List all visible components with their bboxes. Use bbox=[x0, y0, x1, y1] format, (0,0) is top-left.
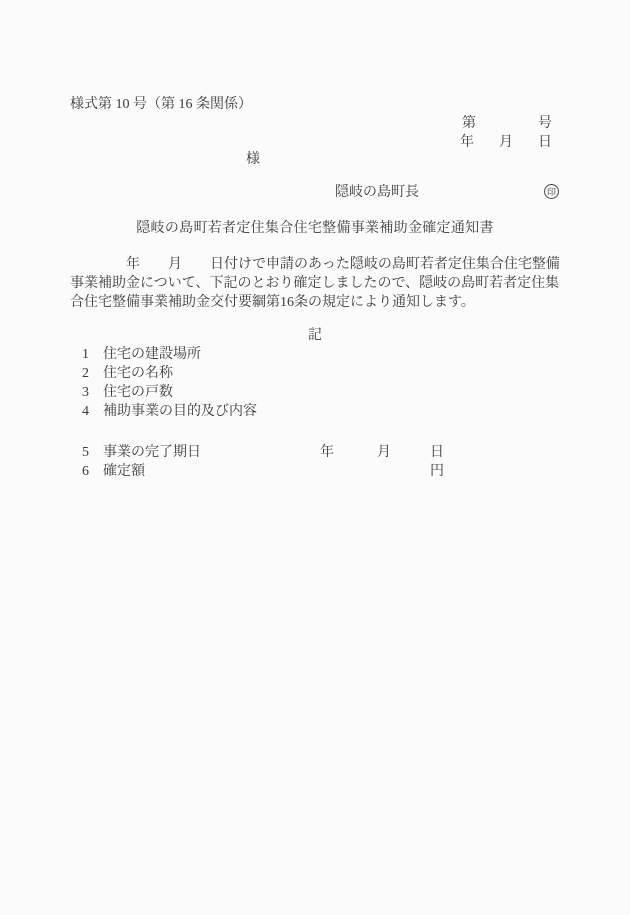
issuer-line: 隠岐の島町長 印 bbox=[0, 183, 630, 202]
year-unit-label: 年 bbox=[320, 443, 334, 462]
body-line: 合住宅整備事業補助金交付要綱第16条の規定により通知します。 bbox=[70, 293, 570, 312]
body-line: 年 月 日付けで申請のあった隠岐の島町若者定住集合住宅整備 bbox=[70, 255, 570, 274]
item-label: 住宅の名称 bbox=[103, 364, 173, 383]
month-unit-label: 月 bbox=[377, 443, 391, 462]
item-number: 4 bbox=[82, 402, 89, 421]
date-month-label: 月 bbox=[499, 133, 513, 152]
seal-mark: 印 bbox=[544, 184, 559, 199]
item-number: 1 bbox=[82, 345, 89, 364]
date-line: 年 月 日 bbox=[460, 133, 552, 152]
list-item: 2 住宅の名称 bbox=[0, 364, 630, 383]
addressee-honorific: 様 bbox=[246, 150, 260, 169]
list-item: 6 確定額 円 bbox=[0, 462, 630, 481]
form-number: 様式第 10 号（第 16 条関係） bbox=[70, 95, 252, 114]
issuer-name: 隠岐の島町長 bbox=[335, 183, 419, 202]
body-paragraph: 年 月 日付けで申請のあった隠岐の島町若者定住集合住宅整備 事業補助金について、… bbox=[70, 255, 570, 312]
document-number-prefix: 第 bbox=[462, 114, 476, 133]
item-number: 2 bbox=[82, 364, 89, 383]
document-number-line: 第 号 bbox=[462, 114, 552, 133]
item-label: 確定額 bbox=[103, 462, 145, 481]
item-label: 住宅の建設場所 bbox=[103, 345, 201, 364]
list-item: 4 補助事業の目的及び内容 bbox=[0, 402, 630, 421]
body-line: 事業補助金について、下記のとおり確定しましたので、隠岐の島町若者定住集 bbox=[70, 274, 570, 293]
item-number: 6 bbox=[82, 462, 89, 481]
list-item: 5 事業の完了期日 年 月 日 bbox=[0, 443, 630, 462]
date-year-label: 年 bbox=[460, 133, 474, 152]
item-label: 補助事業の目的及び内容 bbox=[103, 402, 257, 421]
list-heading: 記 bbox=[0, 326, 630, 345]
document-page: 様式第 10 号（第 16 条関係） 第 号 年 月 日 様 隠岐の島町長 印 … bbox=[0, 0, 630, 915]
day-unit-label: 日 bbox=[430, 443, 444, 462]
date-day-label: 日 bbox=[538, 133, 552, 152]
document-title: 隠岐の島町若者定住集合住宅整備事業補助金確定通知書 bbox=[0, 219, 630, 238]
yen-unit-label: 円 bbox=[430, 462, 444, 481]
document-number-suffix: 号 bbox=[538, 114, 552, 133]
item-label: 住宅の戸数 bbox=[103, 383, 173, 402]
list-item: 1 住宅の建設場所 bbox=[0, 345, 630, 364]
list-item: 3 住宅の戸数 bbox=[0, 383, 630, 402]
item-number: 5 bbox=[82, 443, 89, 462]
item-label: 事業の完了期日 bbox=[103, 443, 201, 462]
item-number: 3 bbox=[82, 383, 89, 402]
